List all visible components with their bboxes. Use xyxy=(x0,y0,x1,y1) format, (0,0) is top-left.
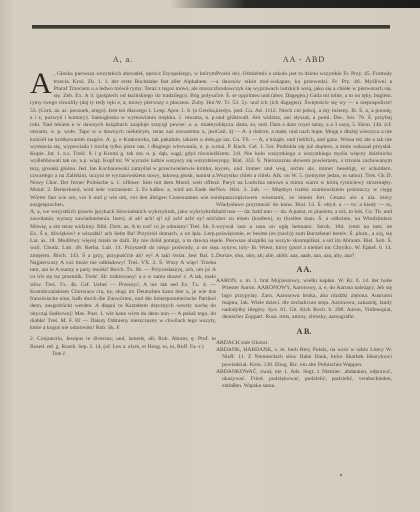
entry-abdank: ABDANK, HABDANK, s. m. herb Rery Polski,… xyxy=(216,347,392,369)
ink-speck xyxy=(340,474,342,476)
section-heading-aa: A A. xyxy=(216,266,392,273)
volume-footer: Tom I. xyxy=(30,351,216,358)
header-rule xyxy=(32,25,390,29)
entry-abdankowac: ABDANKOWAĆ, ówał, nie 1. Ads. liegt, z N… xyxy=(216,369,392,391)
dropcap-letter: A xyxy=(30,72,52,96)
entry-abdach: ABDACH side Oloświ. xyxy=(216,340,392,347)
entry-a-letter: A, Głoska pierwsza wszystkich abecadeł, … xyxy=(30,71,216,209)
entry-a-interjection: A, a, we wszystkich prawie językach Słow… xyxy=(30,209,216,332)
entry-aaron: AARON, s. m. 1. brat Mojżeszowy, wielki … xyxy=(216,278,392,322)
right-column-header: AA - ABD xyxy=(216,56,392,63)
entry-a-conjunction: 2. Conjunctio, Jesopus te diversus; und,… xyxy=(30,336,216,351)
section-heading-ab: A B. xyxy=(216,328,392,335)
entry-a-continued: Prośni do). Ośmielmiś a szkoło jest to d… xyxy=(216,71,392,260)
book-edge-shadow xyxy=(170,0,420,8)
left-column-header: A, a. xyxy=(30,56,216,63)
scanned-dictionary-page: A, a. A, Głoska pierwsza wszystkich abec… xyxy=(0,0,420,512)
right-column: AA - ABD Prośni do). Ośmielmiś a szkoło … xyxy=(216,56,392,391)
left-column: A, a. A, Głoska pierwsza wszystkich abec… xyxy=(30,56,216,358)
